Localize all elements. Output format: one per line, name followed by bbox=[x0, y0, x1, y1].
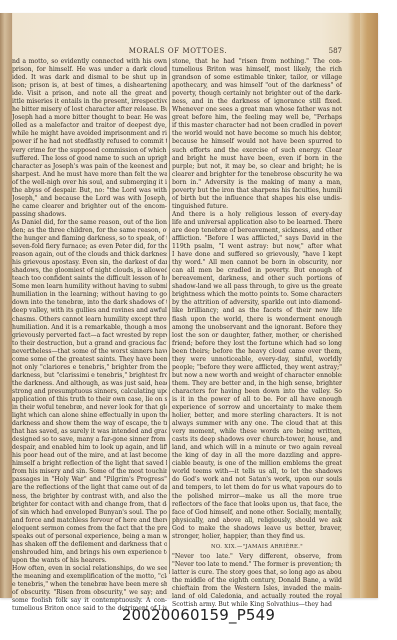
text-line: always summer with any one. The cloud th… bbox=[172, 420, 342, 428]
text-line: passing shadows. bbox=[12, 211, 167, 219]
text-line: I have done and suffered so grievously, … bbox=[172, 251, 342, 259]
text-line: passages in "Holy War" and "Pilgrim's Pr… bbox=[12, 476, 167, 484]
page-fore-edge bbox=[360, 13, 378, 598]
text-line: "Never too late to mend." The former is … bbox=[172, 561, 342, 569]
text-line: sharpest. And he must have more than fel… bbox=[12, 171, 167, 179]
text-line: nevertheless—that some of the worst sinn… bbox=[12, 348, 167, 356]
text-line: world teems with—it tells us all, to let… bbox=[172, 468, 342, 476]
text-line: holier, better, and more sterling charac… bbox=[172, 412, 342, 420]
text-line: power if he had not stedfastly refused t… bbox=[12, 138, 167, 146]
text-line: people; "before they were afflicted, the… bbox=[172, 364, 342, 372]
text-line: speaks out of personal experience, being… bbox=[12, 533, 167, 541]
text-line: such efforts and the exercise of such en… bbox=[172, 147, 342, 155]
text-line: application of this truth to their own c… bbox=[12, 396, 167, 404]
text-line: Some men learn humility without having t… bbox=[12, 283, 167, 291]
text-line: and bright he must have been, even if bo… bbox=[172, 155, 342, 163]
text-line: some foolish folk say it contemptuously.… bbox=[12, 597, 167, 605]
text-line: 119th psalm, "I went astray: but now," a… bbox=[172, 243, 342, 251]
text-line: Joseph had a more bitter thought to bear… bbox=[12, 114, 167, 122]
text-line: ison; prison is, at best of times, a dis… bbox=[12, 82, 167, 90]
text-line: ide. Visit a prison, and note all the gr… bbox=[12, 90, 167, 98]
text-line: of sin which had enveloped Bunyan's soul… bbox=[12, 509, 167, 517]
text-line: like brilliancy; and as the facets of th… bbox=[172, 307, 342, 315]
text-line: the king of day in all the more dazzling… bbox=[172, 452, 342, 460]
text-line: stronger, holier, happier, than they fin… bbox=[172, 533, 342, 541]
text-line: himself a bright reflection of the light… bbox=[12, 460, 167, 468]
text-line: friend; before they lost the fortune whi… bbox=[172, 340, 342, 348]
text-line: reflectors of the face that looks upon u… bbox=[172, 501, 342, 509]
text-line: eloquent sermon comes from the fact that… bbox=[12, 525, 167, 533]
text-line: ciable beauty, is one of the million emb… bbox=[172, 460, 342, 468]
text-line: land of old Caledonia, and actually rout… bbox=[172, 593, 342, 601]
text-line: while he might have avoided imprisonment… bbox=[12, 130, 167, 138]
text-line: characters for having been down into the… bbox=[172, 388, 342, 396]
text-line: olled as a malefactor and traitor of dee… bbox=[12, 122, 167, 130]
text-line: despair, and enabled him to look up agai… bbox=[12, 444, 167, 452]
text-line: are deep tenebræ of bereavement, sicknes… bbox=[172, 227, 342, 235]
text-line: bereavement, darkness, and other such po… bbox=[172, 275, 342, 283]
text-line: As Daniel did, for the same reason, out … bbox=[12, 219, 167, 227]
text-line: character as Joseph's was pain of the ke… bbox=[12, 163, 167, 171]
text-line: come some of the greatest saints. They h… bbox=[12, 356, 167, 364]
text-line: and tempers, to let them do for us what … bbox=[172, 484, 342, 492]
text-line: has shaken off the defilement and darkne… bbox=[12, 541, 167, 549]
text-line: grievously perverted fact—a fact wrested… bbox=[12, 332, 167, 340]
text-line: darkness and show them the way of escape… bbox=[12, 420, 167, 428]
running-head-title: MORALS OF MOTTOES. bbox=[10, 47, 346, 55]
text-line: land, and which will in a minute or two … bbox=[172, 444, 342, 452]
running-header: MORALS OF MOTTOES. 587 bbox=[10, 47, 346, 57]
text-line: Joseph," and because the Lord was with J… bbox=[12, 195, 167, 203]
text-line: latter is cure. The story goes that, so … bbox=[172, 569, 342, 577]
text-line: face of God himself, and none other. Soc… bbox=[172, 509, 342, 517]
text-line: ness, the brighter by contrast with, and… bbox=[12, 493, 167, 501]
text-line: is it in the power of all to be. For all… bbox=[172, 396, 342, 404]
text-line: How often, even in social relationships,… bbox=[12, 565, 167, 573]
text-line: down into the tenebræ, into the dark sha… bbox=[12, 299, 167, 307]
text-line: grandson of some estimable tinker, tailo… bbox=[172, 74, 342, 82]
left-text-column: nd a motto, so evidently connected with … bbox=[12, 58, 167, 613]
section-heading: NO. XIX.—"JAMAIS ARRIÈRE." bbox=[172, 541, 342, 553]
text-line: tinguished future. bbox=[172, 203, 342, 211]
text-line: ittle miseries it entails in the present… bbox=[12, 98, 167, 106]
text-line: God to make the shadows leave us better,… bbox=[172, 525, 342, 533]
text-line: great before him, the feeling may well b… bbox=[172, 114, 342, 122]
text-line: very crime for the supposed commission o… bbox=[12, 147, 167, 155]
text-line: apothecary, and was himself "out of the … bbox=[172, 82, 342, 90]
text-line: he came clearer and brighter out of the … bbox=[12, 203, 167, 211]
text-line: ided. It was dark and dismal to be shut … bbox=[12, 74, 167, 82]
text-line: of birth but the influence that shapes h… bbox=[172, 195, 342, 203]
text-line: of the well-nigh over his soul, and subm… bbox=[12, 179, 167, 187]
text-line: from his misery and sin. Some of the mos… bbox=[12, 468, 167, 476]
text-line: he bitter misery of lost character after… bbox=[12, 106, 167, 114]
text-line: the darkness. And although, as was just … bbox=[12, 380, 167, 388]
text-line: prison, for himself. He was under a dark… bbox=[12, 66, 167, 74]
text-line: them. They are better and, in the high s… bbox=[172, 380, 342, 388]
text-line: den; as the three children, for the same… bbox=[12, 227, 167, 235]
text-line: enshrouded him, and brings his own exper… bbox=[12, 549, 167, 557]
text-line: reason again, out of the clouds and thic… bbox=[12, 251, 167, 259]
text-line: do God's work and not Satan's work, upon… bbox=[172, 476, 342, 484]
text-line: stone, that he had "risen from nothing."… bbox=[172, 58, 342, 66]
text-line: humiliation. And it is a remarkable, tho… bbox=[12, 324, 167, 332]
text-line: poverty, though certainly not brighter o… bbox=[172, 90, 342, 98]
text-line: born in." Adversity is the making of man… bbox=[172, 179, 342, 187]
text-line: his poor head out of the mire, and at la… bbox=[12, 452, 167, 460]
text-line: seven-fold fiery furnace; as even Peter … bbox=[12, 243, 167, 251]
text-line: lost the son or daughter, father, mother… bbox=[172, 332, 342, 340]
text-line: purple; but not, it may be, so clear and… bbox=[172, 163, 342, 171]
text-line: the meaning and exemplification of the m… bbox=[12, 573, 167, 581]
text-line: the abyss of despair. But, no: "the Lord… bbox=[12, 187, 167, 195]
text-line: they were unnoticeable, every-day, sinfu… bbox=[172, 356, 342, 364]
text-line: but now a new worth and weight of charac… bbox=[172, 372, 342, 380]
text-line: shadows, the gloomiest of night clouds, … bbox=[12, 267, 167, 275]
text-line: shadow-land we all pass through, to give… bbox=[172, 283, 342, 291]
text-line: nd a motto, so evidently connected with … bbox=[12, 58, 167, 66]
text-line: upon the wants of his hearers. bbox=[12, 557, 167, 565]
text-line: light which can alone shine effectually … bbox=[12, 412, 167, 420]
text-line: the world would not have become so much … bbox=[172, 130, 342, 138]
text-line: casts its deep shadows over church-tower… bbox=[172, 436, 342, 444]
text-line: by the attrition of adversity, sparkle o… bbox=[172, 299, 342, 307]
text-line: are the reflections of the light that ca… bbox=[12, 484, 167, 492]
text-line: experience of sorrow and uncertainty to … bbox=[172, 404, 342, 412]
text-line: "Never too late." Very different, observ… bbox=[172, 553, 342, 561]
page-gutter-edge bbox=[0, 13, 12, 598]
text-line: very moment, while these words are being… bbox=[172, 428, 342, 436]
text-line: the polished mirror—make us all the more… bbox=[172, 493, 342, 501]
text-line: darkness, but "clarissimi e tenebris," b… bbox=[12, 372, 167, 380]
text-line: brighter for contact with and change fro… bbox=[12, 501, 167, 509]
text-line: teach too confident saints the difficult… bbox=[12, 275, 167, 283]
text-line: thy word." All men cannot be born in obs… bbox=[172, 259, 342, 267]
text-line: the hunger and flaming darkness, so to s… bbox=[12, 235, 167, 243]
text-line: not only "clariores e tenebris," brighte… bbox=[12, 364, 167, 372]
text-line: tumelious Briton was himself, most likel… bbox=[172, 66, 342, 74]
text-line: that has saved, as surely it was intende… bbox=[12, 428, 167, 436]
text-line: of obscurity. "Risen from obscurity," we… bbox=[12, 589, 167, 597]
text-line: ness, and in the darkness of ignorance s… bbox=[172, 98, 342, 106]
text-line: life and universal application also to b… bbox=[172, 219, 342, 227]
text-line: Whenever one sees a great man whose fath… bbox=[172, 106, 342, 114]
text-line: among the unobservant and the ignorant. … bbox=[172, 324, 342, 332]
text-line: brightness which the motto points to. So… bbox=[172, 291, 342, 299]
text-line: flash upon the world, there is wondermen… bbox=[172, 316, 342, 324]
text-line: to their destruction, but a grand and gr… bbox=[12, 340, 167, 348]
text-line: deep valley, with its gullies and ravine… bbox=[12, 307, 167, 315]
text-line: been theirs; before the heavy cloud came… bbox=[172, 348, 342, 356]
column-divider bbox=[169, 58, 170, 574]
text-line: poverty but the iron that sharpens his f… bbox=[172, 187, 342, 195]
page-number: 587 bbox=[329, 47, 342, 55]
text-line: humiliation in the learning; without hav… bbox=[12, 291, 167, 299]
text-line: strong and presumptuous sinners, calcula… bbox=[12, 388, 167, 396]
text-line: suffered. The loss of good name to such … bbox=[12, 155, 167, 163]
text-line: his grievous apostasy. Even sin, the dar… bbox=[12, 259, 167, 267]
text-line: can all men be cradled in poverty. But e… bbox=[172, 267, 342, 275]
text-line: because he himself would not have been s… bbox=[172, 138, 342, 146]
text-line: clearer and brighter for the tenebrose o… bbox=[172, 171, 342, 179]
text-line: if this master character had not been cr… bbox=[172, 122, 342, 130]
right-text-column: stone, that he had "risen from nothing."… bbox=[172, 58, 342, 609]
text-line: chasms. Others cannot learn humility exc… bbox=[12, 316, 167, 324]
text-line: e tenebris," when the tenebræ have been … bbox=[12, 581, 167, 589]
text-line: affliction. "Before I was afflicted," sa… bbox=[172, 235, 342, 243]
image-caption: 20020060159_P549 bbox=[0, 606, 397, 624]
text-line: the middle of the eighth century, Donald… bbox=[172, 577, 342, 585]
text-line: physically, and above all, religiously, … bbox=[172, 517, 342, 525]
text-line: and force and matchless fervour of here … bbox=[12, 517, 167, 525]
text-line: And there is a holy religious lesson of … bbox=[172, 211, 342, 219]
text-line: chieftain from the Western Isles, invade… bbox=[172, 585, 342, 593]
text-line: designed so to save, many a far-gone sin… bbox=[12, 436, 167, 444]
text-line: in their woful tenebræ, and never look f… bbox=[12, 404, 167, 412]
